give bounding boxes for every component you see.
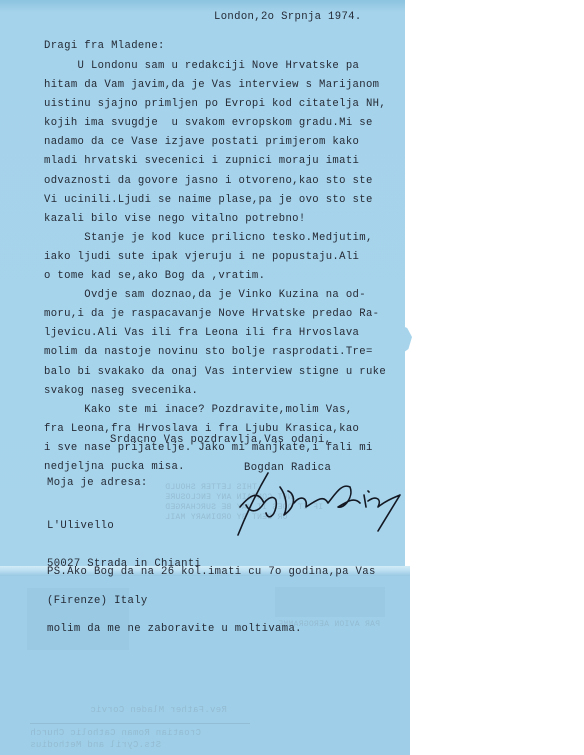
letter-date: London,2o Srpnja 1974. bbox=[214, 9, 362, 25]
recipient-address-line: Sts.Cyril and Methodius bbox=[30, 740, 161, 750]
body-line: Stanje je kod kuce prilicno tesko.Medjut… bbox=[44, 230, 386, 249]
body-line: balo bi svakako da onaj Vas interview st… bbox=[44, 364, 386, 383]
closing: Srdacno Vas pozdravlja,Vas odani, bbox=[110, 432, 331, 448]
body-line: U Londonu sam u redakciji Nove Hrvatske … bbox=[44, 58, 386, 77]
address-label: Moja je adresa: bbox=[47, 475, 148, 491]
body-line: moru,i da je raspacavanje Nove Hrvatske … bbox=[44, 306, 386, 325]
address-underline bbox=[30, 723, 250, 724]
body-line: kazali bilo vise nego vitalno potrebno! bbox=[44, 211, 386, 230]
body-line: molim da nastoje novinu sto bolje raspro… bbox=[44, 344, 386, 363]
body-line: nadamo da ce Vase izjave postati primjer… bbox=[44, 134, 386, 153]
body-line: Kako ste mi inace? Pozdravite,molim Vas, bbox=[44, 402, 386, 421]
ps-line: molim da me ne zaboravite u moltivama. bbox=[47, 620, 376, 639]
salutation: Dragi fra Mladene: bbox=[44, 38, 165, 54]
body-line: Vi ucinili.Ljudi se naime plase,pa je ov… bbox=[44, 192, 386, 211]
body-line: hitam da Vam javim,da je Vas interview s… bbox=[44, 77, 386, 96]
letter-body: U Londonu sam u redakciji Nove Hrvatske … bbox=[44, 58, 386, 478]
handwritten-signature bbox=[228, 465, 408, 545]
recipient-name: Rev.Father Mladen Corvic bbox=[90, 705, 227, 715]
body-line: kojih ima svugdje u svakom evropskom gra… bbox=[44, 115, 386, 134]
body-line: ljevicu.Ali Vas ili fra Leona ili fra Hr… bbox=[44, 325, 386, 344]
body-line: odvaznosti da govore jasno i otvoreno,ka… bbox=[44, 173, 386, 192]
body-line: uistinu sjajno primljen po Evropi kod ci… bbox=[44, 96, 386, 115]
body-line: iako ljudi sute ipak vjeruju i ne popust… bbox=[44, 249, 386, 268]
body-line: svakog naseg svecenika. bbox=[44, 383, 386, 402]
body-line: Ovdje sam doznao,da je Vinko Kuzina na o… bbox=[44, 287, 386, 306]
body-line: mladi hrvatski svecenici i zupnici moraj… bbox=[44, 153, 386, 172]
body-line: o tome kad se,ako Bog da ,vratim. bbox=[44, 268, 386, 287]
ps-line: PS.Ako Bog da na 26 kol.imati cu 7o godi… bbox=[47, 563, 376, 582]
recipient-address-line: Croatian Roman Catholic Church bbox=[30, 728, 201, 738]
torn-paper-edge bbox=[400, 325, 412, 355]
